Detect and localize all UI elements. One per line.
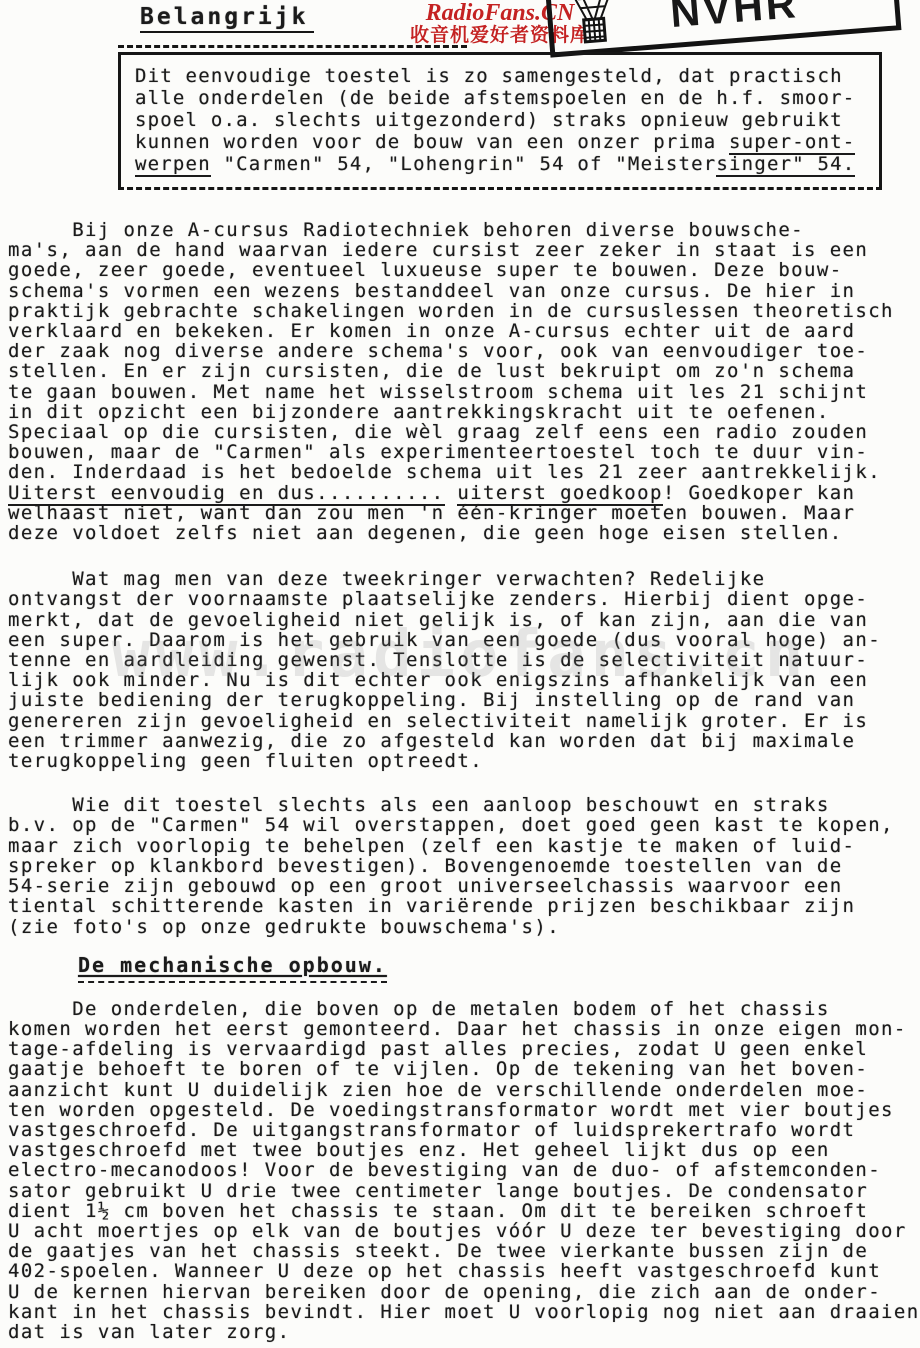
text-line: ma's, aan de hand waarvan iedere cursist…	[8, 240, 920, 260]
text-line: alle onderdelen (de beide afstemspoelen …	[135, 87, 873, 109]
text-line: deze voldoet zelfs niet aan degenen, die…	[8, 523, 920, 543]
page-header: Belangrijk RadioFans.CN 收音机爱好者资料库 NVHR	[8, 0, 920, 48]
text-line: goede, zeer goede, eventueel luxueuse su…	[8, 260, 920, 280]
text-line: Bij onze A-cursus Radiotechniek behoren …	[8, 220, 920, 240]
text-line: Wat mag men van deze tweekringer verwach…	[8, 569, 920, 589]
text-segment	[445, 482, 458, 504]
paragraph-cabinet-advice: Wie dit toestel slechts als een aanloop …	[8, 795, 920, 936]
text-line: bouwen, maar de "Carmen" als experimente…	[8, 442, 920, 462]
text-segment: "Carmen" 54, "Lohengrin" 54 of "Meister	[211, 153, 717, 175]
underlined-text: super-ont-	[729, 131, 855, 155]
text-line: lijk ook minder. Nu is dit echter ook en…	[8, 670, 920, 690]
text-line: Wie dit toestel slechts als een aanloop …	[8, 795, 920, 815]
text-line: vastgeschroefd met twee boutjes enz. Het…	[8, 1140, 920, 1160]
text-line: een trimmer aanwezig, die zo afgesteld k…	[8, 731, 920, 751]
text-line: juiste bediening der terugkoppeling. Bij…	[8, 690, 920, 710]
text-line: Speciaal op die cursisten, die wèl graag…	[8, 422, 920, 442]
scanned-document-page: Belangrijk RadioFans.CN 收音机爱好者资料库 NVHR	[0, 0, 920, 1348]
text-line: stellen. En er zijn cursisten, die de lu…	[8, 361, 920, 381]
paragraph-tweekringer-performance: Wat mag men van deze tweekringer verwach…	[8, 569, 920, 771]
text-line: aanzicht kunt U duidelijk zien hoe de ve…	[8, 1080, 920, 1100]
text-line: De onderdelen, die boven op de metalen b…	[8, 999, 920, 1019]
text-line: tenne en aardleiding gewenst. Tenslotte …	[8, 650, 920, 670]
underlined-text: werpen	[135, 153, 211, 177]
text-line: electro-mecanodoos! Voor de bevestiging …	[8, 1160, 920, 1180]
text-line: tiental schitterende kasten in variërend…	[8, 896, 920, 916]
text-line: U acht moertjes op elk van de boutjes vó…	[8, 1221, 920, 1241]
text-line: de gaatjes van het chassis steekt. De tw…	[8, 1241, 920, 1261]
page-title: Belangrijk	[140, 4, 314, 33]
text-line: tage-afdeling is vervaardigd past alles …	[8, 1039, 920, 1059]
text-line: merkt, dat de gevoeligheid niet gelijk i…	[8, 610, 920, 630]
text-line: terugkoppeling geen fluiten optreedt.	[8, 751, 920, 771]
text-line: verklaard en bekeken. Er komen in onze A…	[8, 321, 920, 341]
text-line: 402-spoelen. Wanneer U deze op het chass…	[8, 1261, 920, 1281]
text-line: spreker op klankbord bevestigen). Boveng…	[8, 856, 920, 876]
text-segment: ! Goedkoper kan	[663, 482, 856, 504]
text-line: praktijk gebrachte schakelingen worden i…	[8, 301, 920, 321]
text-line: 54-serie zijn gebouwd op een groot unive…	[8, 876, 920, 896]
text-line: welhaast niet, want dan zou men 'n één-k…	[8, 503, 920, 523]
text-line: ten worden opgesteld. De voedingstransfo…	[8, 1100, 920, 1120]
text-line: schema's vormen een wezens bestanddeel v…	[8, 281, 920, 301]
text-line: dient 1½ cm boven het chassis te staan. …	[8, 1201, 920, 1221]
text-line: der zaak nog diverse andere schema's voo…	[8, 341, 920, 361]
text-line: maar zich voorlopig te behelpen (zelf ee…	[8, 836, 920, 856]
text-line: (zie foto's op onze gedrukte bouwschema'…	[8, 917, 920, 937]
section-heading: De mechanische opbouw.	[78, 953, 387, 983]
intro-box: Dit eenvoudige toestel is zo samengestel…	[118, 52, 882, 190]
text-line: komen worden het eerst gemonteerd. Daar …	[8, 1019, 920, 1039]
hot-air-balloon-icon	[558, 0, 627, 49]
text-line: vastgeschroefd. De uitgangstransformator…	[8, 1120, 920, 1140]
text-line: U de kernen hiervan bereiken door de ope…	[8, 1282, 920, 1302]
text-line: b.v. op de "Carmen" 54 wil overstappen, …	[8, 815, 920, 835]
text-line: gaatje behoeft te boren of te vijlen. Op…	[8, 1059, 920, 1079]
text-line: ontvangst der voornaamste plaatselijke z…	[8, 589, 920, 609]
text-line: te gaan bouwen. Met name het wisselstroo…	[8, 382, 920, 402]
text-line: een super. Daarom is het gebruik van een…	[8, 630, 920, 650]
text-line: Dit eenvoudige toestel is zo samengestel…	[135, 65, 873, 87]
text-line: genereren zijn gevoeligheid en selectivi…	[8, 711, 920, 731]
nvhr-logo-text: NVHR	[669, 0, 800, 37]
text-line: kunnen worden voor de bouw van een onzer…	[135, 131, 873, 153]
text-line: dat is van later zorg.	[8, 1322, 920, 1342]
text-line: kant in het chassis bevindt. Hier moet U…	[8, 1302, 920, 1322]
underlined-text: singer" 54.	[716, 153, 855, 177]
text-line: den. Inderdaad is het bedoelde schema ui…	[8, 462, 920, 482]
paragraph-mechanical-assembly: De onderdelen, die boven op de metalen b…	[8, 999, 920, 1342]
text-line: werpen "Carmen" 54, "Lohengrin" 54 of "M…	[135, 153, 873, 175]
nvhr-logo-stamp: NVHR	[543, 0, 902, 58]
text-line: Uiterst eenvoudig en dus.......... uiter…	[8, 483, 920, 503]
text-line: spoel o.a. slechts uitgezonderd) straks …	[135, 109, 873, 131]
text-line: in dit opzicht een bijzondere aantrekkin…	[8, 402, 920, 422]
paragraph-course-schemas: Bij onze A-cursus Radiotechniek behoren …	[8, 220, 920, 543]
section-heading-row: De mechanische opbouw.	[78, 953, 920, 983]
text-segment: kunnen worden voor de bouw van een onzer…	[135, 131, 729, 153]
text-line: sator gebruikt U drie twee centimeter la…	[8, 1181, 920, 1201]
